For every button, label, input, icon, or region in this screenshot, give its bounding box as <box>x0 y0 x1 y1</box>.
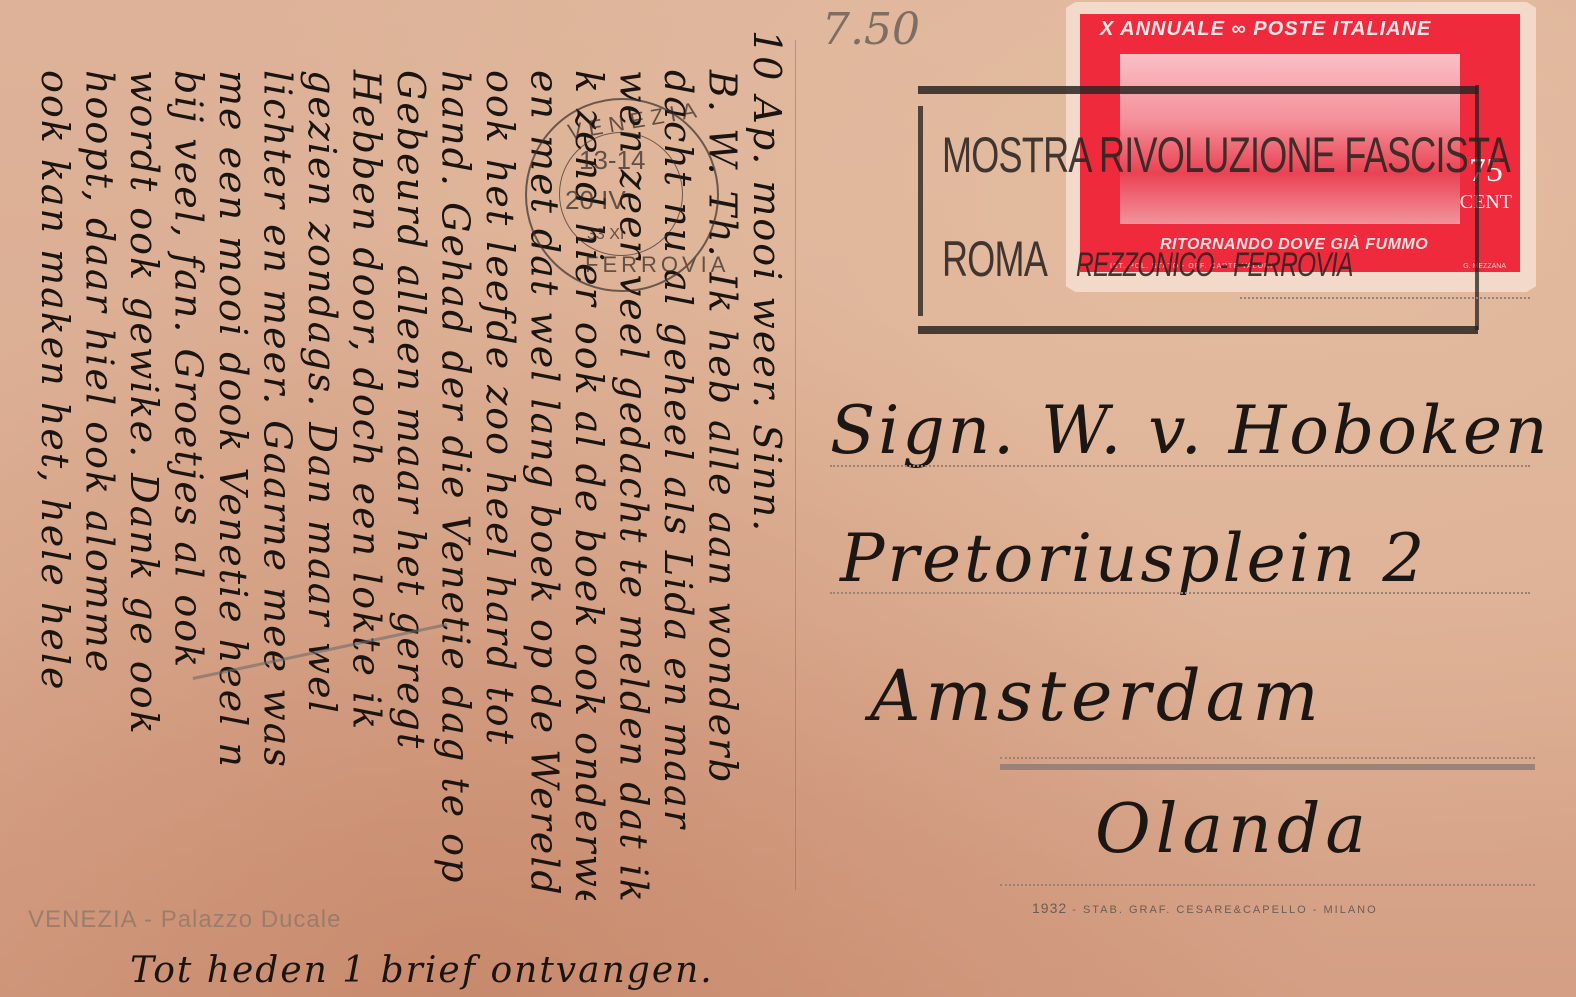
overprint-cancel: REZZONICO - FERROVIA <box>1076 246 1353 284</box>
stamp-box-dotted-line <box>1240 297 1530 299</box>
address-country: Olanda <box>1095 790 1371 869</box>
picture-caption: VENEZIA - Palazzo Ducale <box>28 906 341 934</box>
cancel-right-bar <box>1475 85 1479 330</box>
message-column: wordt ook gewike. Dank ge ook <box>122 70 166 736</box>
cancel-left-bar <box>918 106 923 316</box>
message-column: ook kan maken het, hele hele <box>33 70 77 692</box>
message-column: ook het leefde zoo heel hard tot <box>478 70 522 746</box>
postmark-time: 13-14 <box>579 145 646 176</box>
message-column: hand. Gehad der die Venetie dag te op <box>434 70 478 884</box>
message-column: gezien zondags. Dan maar wel <box>300 70 344 715</box>
postmark-year: 33 XI <box>587 226 624 244</box>
address-street: Pretoriusplein 2 <box>840 520 1427 597</box>
round-postmark: VENEZIA 13-14 20 IV 33 XI FERROVIA <box>525 98 719 292</box>
address-city: Amsterdam <box>870 655 1324 737</box>
slogan-line-2: ROMA REZZONICO - FERROVIA <box>942 230 1353 288</box>
printer-name: - STAB. GRAF. CESARE&CAPELLO - MILANO <box>1072 904 1377 916</box>
city-underline-rule <box>1000 764 1535 770</box>
pencil-price-note: 7.50 <box>822 4 920 55</box>
slogan-city: ROMA <box>942 231 1045 287</box>
center-divider-line <box>795 40 796 890</box>
postmark-station: FERROVIA <box>585 252 729 278</box>
address-line-1-rule <box>830 465 1530 467</box>
printer-year: 1932 <box>1032 900 1067 916</box>
message-closing-line: Tot heden 1 brief ontvangen. <box>130 950 714 991</box>
printer-imprint: 1932 - STAB. GRAF. CESARE&CAPELLO - MILA… <box>1032 900 1378 916</box>
message-column: bij veel, fan. Groetjes al ook <box>167 70 211 669</box>
message-column: Hebben door, doch een lokte ik <box>345 70 389 731</box>
cancel-bottom-bar <box>918 326 1478 334</box>
cancel-top-bar <box>918 86 1478 94</box>
address-recipient: Sign. W. v. Hoboken <box>830 392 1551 469</box>
message-column: Gebeurd alleen maar het geregt <box>389 70 433 750</box>
address-line-2-rule <box>830 592 1530 594</box>
stamp-header: X ANNUALE ∞ POSTE ITALIANE <box>1100 18 1431 41</box>
address-line-4-rule <box>1000 884 1535 886</box>
message-column: 10 Ap. mooi weer. Sinn. <box>745 30 789 533</box>
address-line-3-rule <box>1000 757 1535 759</box>
postmark-date: 20 IV <box>565 185 626 216</box>
postcard: 7.50 10 Ap. mooi weer. Sinn.B. W. Th. Ik… <box>0 0 1576 997</box>
slogan-line-1: MOSTRA RIVOLUZIONE FASCISTA <box>942 126 1510 184</box>
message-column: hoopt, daar hiel ook alomme <box>78 70 122 674</box>
slogan-cancellation: MOSTRA RIVOLUZIONE FASCISTA ROMA REZZONI… <box>918 86 1478 332</box>
